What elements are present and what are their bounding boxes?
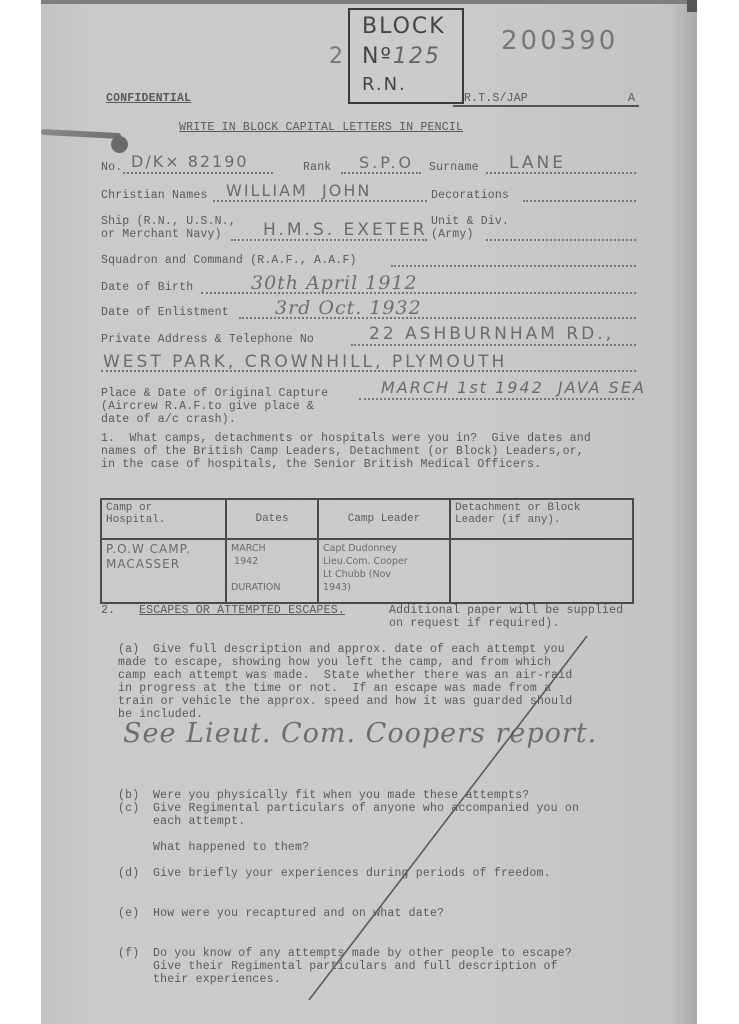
document-page: BLOCK Nº125 R.N. 2 200390 CONFIDENTIAL R…: [41, 0, 697, 1024]
pencil-strike-line: [41, 0, 697, 1024]
